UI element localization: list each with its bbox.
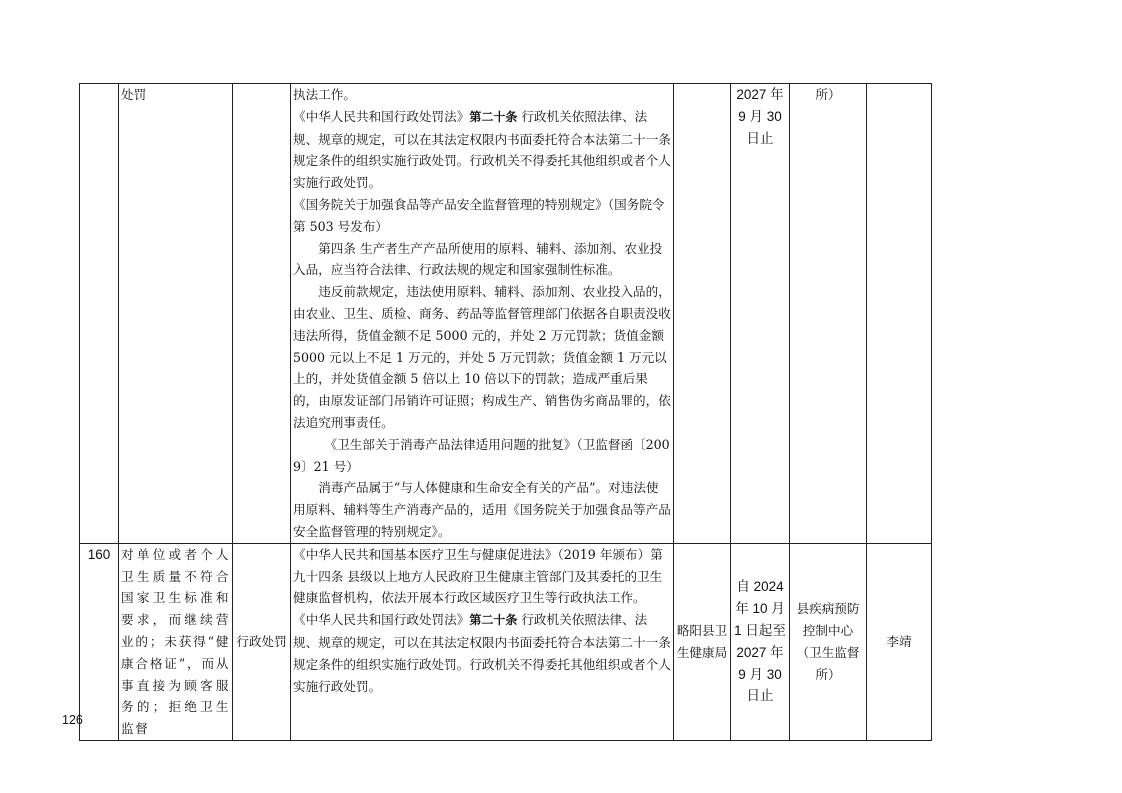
basis-paragraph: 《中华人民共和国基本医疗卫生与健康促进法》（2019 年颁布）第九十四条 县级以… [293, 544, 671, 609]
item-name-cell: 对单位或者个人卫生质量不符合国家卫生标准和要求，而继续营业的；未获得“健康合格证… [119, 543, 233, 740]
basis-paragraph: 《中华人民共和国行政处罚法》第二十条 行政机关依照法律、法规、规章的规定，可以在… [293, 609, 671, 697]
enforcement-entrustment-table: 处罚 执法工作。 《中华人民共和国行政处罚法》第二十条 行政机关依照法律、法规、… [79, 83, 932, 741]
basis-paragraph: 执法工作。 [293, 84, 671, 106]
legal-basis-cell: 《中华人民共和国基本医疗卫生与健康促进法》（2019 年颁布）第九十四条 县级以… [291, 543, 674, 740]
basis-paragraph: 《国务院关于加强食品等产品安全监督管理的特别规定》（国务院令第 503 号发布） [293, 194, 671, 238]
basis-paragraph: 违反前款规定，违法使用原料、辅料、添加剂、农业投入品的，由农业、卫生、质检、商务… [293, 281, 671, 434]
basis-paragraph: 消毒产品属于“与人体健康和生命安全有关的产品”。对违法使用原料、辅料等生产消毒产… [293, 477, 671, 542]
article-label: 第二十条 [469, 613, 517, 627]
page-number: 126 [62, 713, 83, 727]
table-row: 160 对单位或者个人卫生质量不符合国家卫生标准和要求，而继续营业的；未获得“健… [80, 543, 932, 740]
legal-basis-cell: 执法工作。 《中华人民共和国行政处罚法》第二十条 行政机关依照法律、法规、规章的… [291, 84, 674, 544]
row-index: 160 [80, 543, 119, 740]
table-row: 处罚 执法工作。 《中华人民共和国行政处罚法》第二十条 行政机关依照法律、法规、… [80, 84, 932, 544]
item-name-cell: 处罚 [119, 84, 233, 544]
basis-paragraph: 《中华人民共和国行政处罚法》第二十条 行政机关依照法律、法规、规章的规定，可以在… [293, 106, 671, 194]
row-index [80, 84, 119, 544]
authority-cell [674, 84, 731, 544]
category-cell [233, 84, 291, 544]
basis-paragraph: 第四条 生产者生产产品所使用的原料、辅料、添加剂、农业投入品，应当符合法律、行政… [293, 238, 671, 282]
article-label: 第二十条 [469, 110, 517, 124]
entrusted-org-cell: 县疾病预防控制中心（卫生监督所） [790, 543, 867, 740]
period-cell: 2027 年 9 月 30 日止 [731, 84, 790, 544]
period-cell: 自 2024 年 10 月 1 日起至 2027 年 9 月 30 日止 [731, 543, 790, 740]
category-cell: 行政处罚 [233, 543, 291, 740]
entrusted-org-cell: 所） [790, 84, 867, 544]
contact-cell [867, 84, 932, 544]
authority-cell: 略阳县卫生健康局 [674, 543, 731, 740]
contact-cell: 李靖 [867, 543, 932, 740]
basis-paragraph: 《卫生部关于消毒产品法律适用问题的批复》（卫监督函〔2009〕21 号） [293, 434, 671, 478]
